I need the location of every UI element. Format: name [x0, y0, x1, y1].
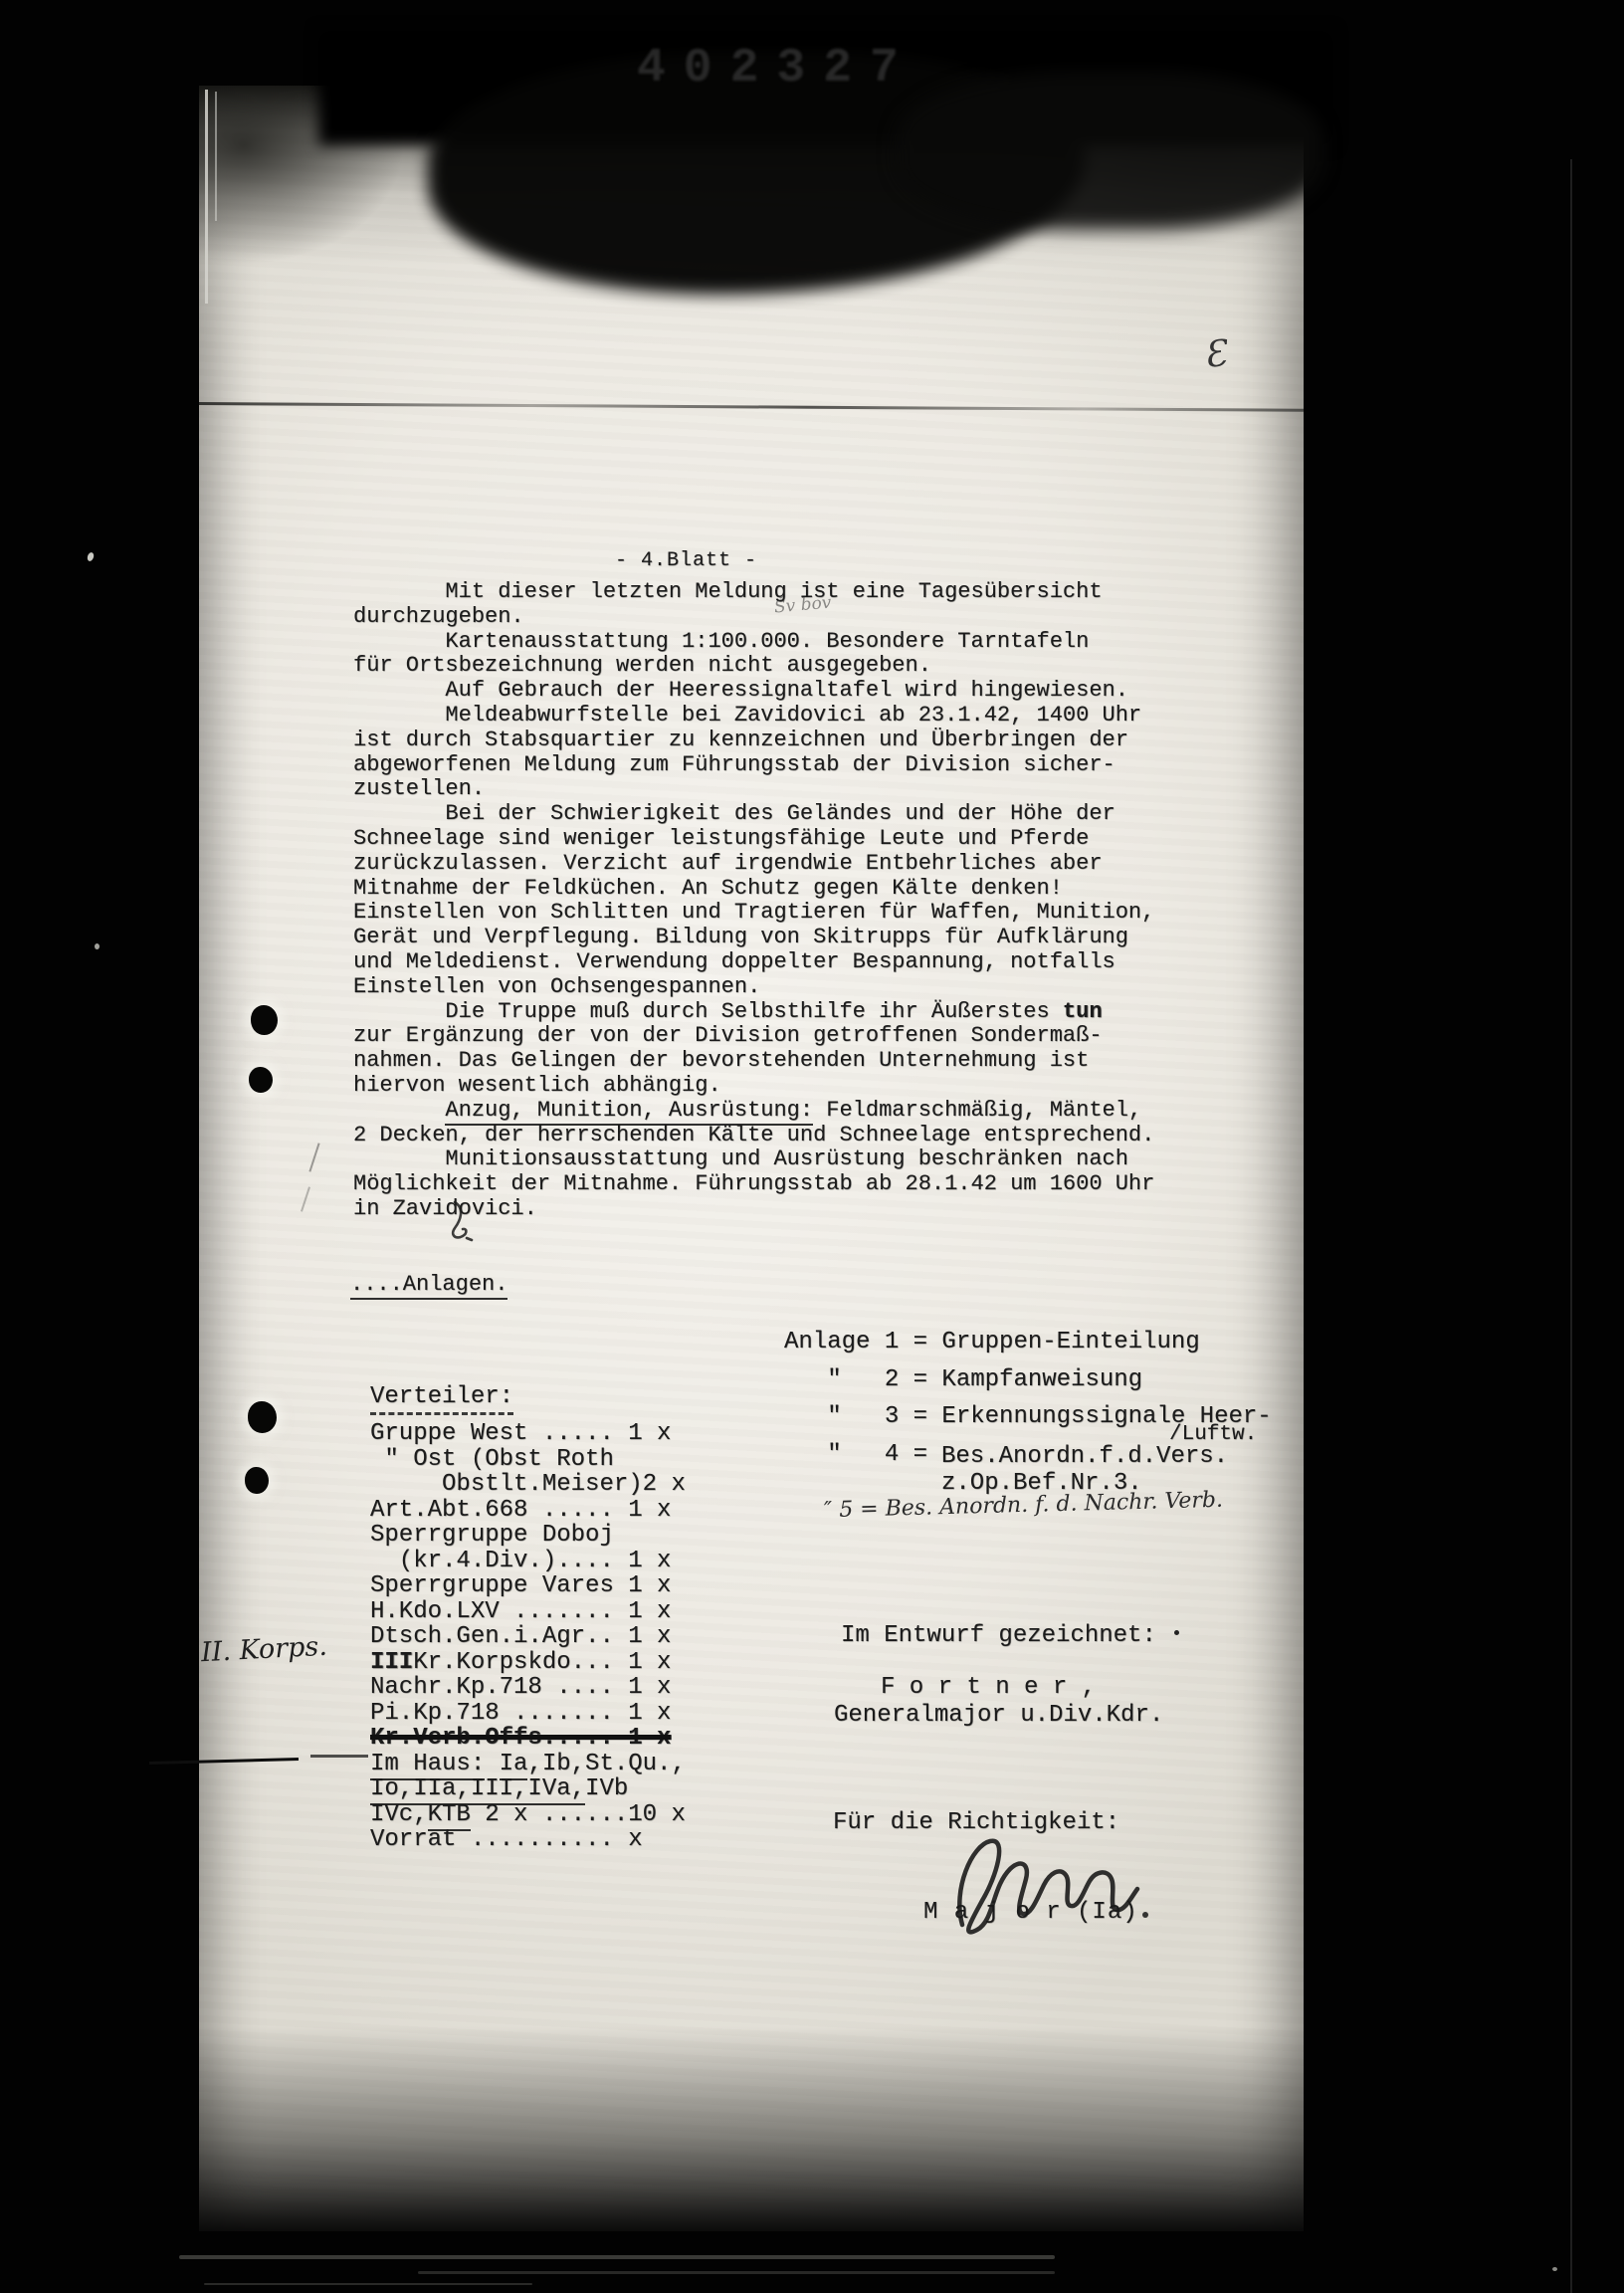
film-speck — [95, 943, 100, 949]
handwritten-flourish — [443, 1198, 487, 1246]
punch-hole — [248, 1401, 277, 1433]
text-line: ist durch Stabsquartier zu kennzeichnen … — [353, 729, 1154, 753]
film-edge-line — [1570, 159, 1572, 2293]
film-speck — [87, 551, 96, 562]
text-line: Kartenausstattung 1:100.000. Besondere T… — [353, 630, 1154, 655]
punch-hole — [249, 1067, 273, 1093]
margin-dash — [310, 1755, 368, 1758]
signer-name: F o r t n e r , — [881, 1674, 1096, 1701]
text-line: zur Ergänzung der von der Division getro… — [353, 1024, 1154, 1049]
film-speck — [1552, 2267, 1557, 2271]
text-line: (kr.4.Div.).... 1 x — [370, 1549, 686, 1574]
film-streak — [179, 2255, 1055, 2259]
text-line: Meldeabwurfstelle bei Zavidovici ab 23.1… — [353, 704, 1154, 729]
text-line: Anlage 1 = Gruppen-Einteilung — [784, 1324, 1272, 1361]
document-page: Ɛ - 4.Blatt - Mit dieser letzten Meldung… — [199, 86, 1304, 2231]
text-line: Mitnahme der Feldküchen. An Schutz gegen… — [353, 877, 1154, 902]
text-line: IIIKr.Korpskdo... 1 x — [370, 1650, 686, 1676]
anlage5-handwritten: ″ 5 = Bes. Anordn. f. d. Nachr. Verb. — [824, 1488, 1224, 1523]
anlagen-heading: ....Anlagen. — [350, 1272, 507, 1297]
text-line: Munitionsausstattung und Ausrüstung besc… — [353, 1147, 1154, 1172]
text-line: Einstellen von Ochsengespannen. — [353, 975, 1154, 1000]
text-line: Einstellen von Schlitten und Tragtieren … — [353, 901, 1154, 926]
text-line: Bei der Schwierigkeit des Geländes und d… — [353, 802, 1154, 827]
text-line: Dtsch.Gen.i.Agr.. 1 x — [370, 1624, 686, 1650]
text-line: und Meldedienst. Verwendung doppelter Be… — [353, 950, 1154, 975]
text-line: Sperrgruppe Vares 1 x — [370, 1573, 686, 1599]
punch-hole — [245, 1467, 269, 1494]
text-line: Die Truppe muß durch Selbsthilfe ihr Äuß… — [353, 1000, 1154, 1025]
text-line: Mit dieser letzten Meldung ist eine Tage… — [353, 580, 1154, 605]
text-line: für Ortsbezeichnung werden nicht ausgege… — [353, 654, 1154, 679]
drafted-label: Im Entwurf gezeichnet: — [841, 1622, 1156, 1649]
anlage4-line1: Bes.Anordn.f.d.Vers. — [941, 1443, 1228, 1470]
certifier-rank: M a j o r (Ia) — [923, 1899, 1138, 1926]
text-line: Pi.Kp.718 ....... 1 x — [370, 1701, 686, 1727]
text-line: Sperrgruppe Doboj — [370, 1523, 686, 1549]
text-line: Anzug, Munition, Ausrüstung: Feldmarschm… — [353, 1099, 1154, 1124]
film-stamp-number: 402327 — [637, 42, 916, 96]
ink-dot — [1174, 1630, 1179, 1635]
text-line: hiervon wesentlich abhängig. — [353, 1074, 1154, 1099]
body-text: Mit dieser letzten Meldung ist eine Tage… — [353, 580, 1154, 1222]
film-scratch — [205, 90, 208, 304]
text-line: H.Kdo.LXV ....... 1 x — [370, 1599, 686, 1625]
text-line: Art.Abt.668 ..... 1 x — [370, 1498, 686, 1524]
text-line: zurückzulassen. Verzicht auf irgendwie E… — [353, 852, 1154, 877]
ink-blot — [896, 71, 1323, 230]
text-line: nahmen. Das Gelingen der bevorstehenden … — [353, 1049, 1154, 1074]
text-line: Gruppe West ..... 1 x — [370, 1421, 686, 1447]
verteiler-heading-text: Verteiler: — [370, 1383, 513, 1415]
text-line: zustellen. — [353, 777, 1154, 802]
pencil-slash — [308, 1143, 319, 1171]
text-line: Vorrat .......... x — [370, 1827, 686, 1853]
text-line: " 2 = Kampfanweisung — [784, 1361, 1272, 1399]
punch-hole — [251, 1005, 278, 1035]
film-streak — [204, 2283, 532, 2285]
text-line: Auf Gebrauch der Heeressignaltafel wird … — [353, 679, 1154, 704]
text-line: Io,IIa,III,IVa,IVb — [370, 1776, 686, 1802]
text-line: durchzugeben. — [353, 605, 1154, 630]
text-line: Kr.Verb.Offs..... 1 x — [370, 1726, 686, 1752]
text-line: Im Haus: Ia,Ib,St.Qu., — [370, 1752, 686, 1777]
film-scratch — [215, 92, 217, 221]
text-line: Nachr.Kp.718 .... 1 x — [370, 1675, 686, 1701]
anlagen-heading-text: ....Anlagen. — [350, 1272, 507, 1300]
text-line: Obstlt.Meiser)2 x — [370, 1472, 686, 1498]
text-line: " Ost (Obst Roth — [370, 1447, 686, 1473]
text-line: IVc,KTB 2 x ......10 x — [370, 1802, 686, 1828]
text-line: Gerät und Verpflegung. Bildung von Skitr… — [353, 926, 1154, 950]
text-line: Schneelage sind weniger leistungsfähige … — [353, 827, 1154, 852]
text-line: Möglichkeit der Mitnahme. Führungsstab a… — [353, 1172, 1154, 1197]
pencil-slash — [301, 1186, 310, 1211]
page-shadow — [199, 2026, 1304, 2231]
verteiler-list: Gruppe West ..... 1 x " Ost (Obst Roth O… — [370, 1421, 686, 1853]
microfilm-frame: 402327 Ɛ - 4.Blatt - Mit dieser letzten … — [0, 0, 1624, 2293]
text-line: abgeworfenen Meldung zum Führungsstab de… — [353, 753, 1154, 778]
page-number-header: - 4.Blatt - — [615, 549, 757, 572]
signer-rank: Generalmajor u.Div.Kdr. — [834, 1702, 1163, 1729]
text-line: 2 Decken, der herrschenden Kälte und Sch… — [353, 1124, 1154, 1148]
margin-note-korps: II. Korps. — [200, 1631, 327, 1669]
handwritten-signature — [930, 1827, 1159, 1952]
verteiler-heading: Verteiler: — [370, 1383, 513, 1410]
film-streak — [418, 2271, 1055, 2274]
